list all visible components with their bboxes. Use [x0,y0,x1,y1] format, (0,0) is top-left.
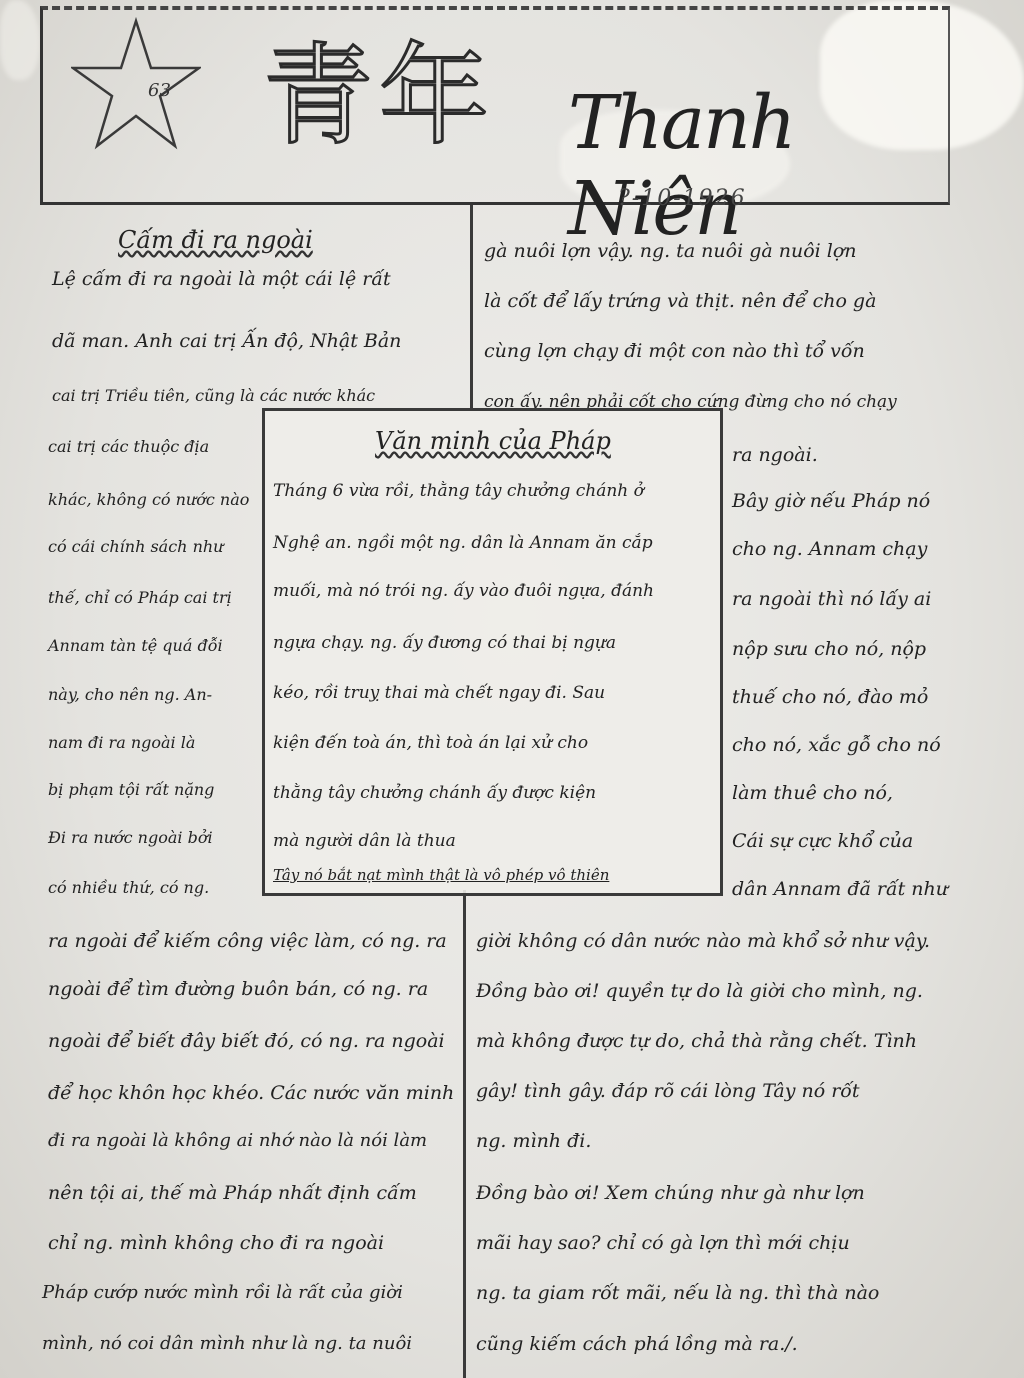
article-line: Nghệ an. ngồi một ng. dân là Annam ăn cắ… [273,533,653,553]
masthead: 63 青年 Thanh Niên ?-10-1926 [40,6,950,205]
article-line: Đồng bào ơi! Xem chúng như gà như lợn [476,1182,865,1204]
article-line: thuế cho nó, đào mỏ [732,686,928,708]
article-line: thế, chỉ có Pháp cai trị [48,588,232,607]
article-line: giời không có dân nước nào mà khổ sở như… [476,930,930,952]
article-line: là cốt để lấy trứng và thịt. nên để cho … [484,290,876,312]
article-line: dân Annam đã rất như [732,878,948,900]
article-line: muối, mà nó trói ng. ấy vào đuôi ngựa, đ… [273,581,654,601]
article-line: Pháp cướp nước mình rồi là rất của giời [42,1282,403,1303]
article-line: thằng tây chưởng chánh ấy được kiện [273,783,596,803]
article-line: gà nuôi lợn vậy. ng. ta nuôi gà nuôi lợn [484,240,857,262]
article-line: ngựa chạy. ng. ấy đương có thai bị ngựa [273,633,616,653]
article-line: Tây nó bắt nạt mình thật là vô phép vô t… [273,866,609,884]
article-line: nên tội ai, thế mà Pháp nhất định cấm [48,1182,417,1204]
article-line: bị phạm tội rất nặng [48,780,214,799]
article-line: gây! tình gây. đáp rõ cái lòng Tây nó rố… [476,1080,860,1102]
article-line: ngoài để biết đây biết đó, có ng. ra ngo… [48,1030,445,1052]
star-icon [71,16,201,156]
article-line: Annam tàn tệ quá đỗi [48,636,223,655]
article-line: ra ngoài thì nó lấy ai [732,588,931,610]
article-line: mà không được tự do, chả thà rằng chết. … [476,1030,917,1052]
article-line: này, cho nên ng. An- [48,685,212,704]
article-line: mãi hay sao? chỉ có gà lợn thì mới chịu [476,1232,850,1254]
issue-number: 63 [148,80,171,101]
article-line: ng. mình đi. [476,1130,591,1152]
column-divider [463,890,466,1378]
article-line: cũng kiếm cách phá lồng mà ra./. [476,1333,798,1355]
paper-damage [0,0,40,80]
article-line: cai trị các thuộc địa [48,437,209,456]
newspaper-page: 63 青年 Thanh Niên ?-10-1926 Cấm đi ra ngo… [0,0,1024,1378]
article-line: cùng lợn chạy đi một con nào thì tổ vốn [484,340,865,362]
column-divider [470,205,473,410]
title-chinese: 青年 [263,36,495,156]
article-line: khác, không có nước nào [48,490,249,509]
issue-date: ?-10-1926 [618,186,747,211]
article-line: Bây giờ nếu Pháp nó [732,490,930,512]
article-line: Cái sự cực khổ của [732,830,913,852]
article-line: nam đi ra ngoài là [48,733,195,752]
article-line: chỉ ng. mình không cho đi ra ngoài [48,1232,384,1254]
article-line: ra ngoài để kiếm công việc làm, có ng. r… [48,930,447,952]
article-line: Lệ cấm đi ra ngoài là một cái lệ rất [52,268,391,290]
article-line: cho ng. Annam chạy [732,538,927,560]
article-line: cho nó, xắc gỗ cho nó [732,734,941,756]
article-line: mà người dân là thua [273,831,456,851]
article-line: làm thuê cho nó, [732,782,893,804]
article-line: để học khôn học khéo. Các nước văn minh [48,1082,454,1104]
article-line: ngoài để tìm đường buôn bán, có ng. ra [48,978,428,1000]
article-line: nộp sưu cho nó, nộp [732,638,926,660]
article-line: ra ngoài. [732,444,818,466]
article-line: Đồng bào ơi! quyền tự do là giời cho mìn… [476,980,923,1002]
article-line: kéo, rồi truỵ thai mà chết ngay đi. Sau [273,683,605,703]
article-line: Đi ra nước ngoài bởi [48,828,213,847]
article-line: mình, nó coi dân mình như là ng. ta nuôi [42,1333,412,1354]
article-line: kiện đến toà án, thì toà án lại xử cho [273,733,588,753]
article-line: dã man. Anh cai trị Ấn độ, Nhật Bản [52,330,401,352]
article-line: có cái chính sách như [48,537,223,556]
article-line: cai trị Triều tiên, cũng là các nước khá… [52,386,375,405]
article-box: Văn minh của Pháp Tháng 6 vừa rồi, thằng… [262,408,723,896]
article-line: ng. ta giam rốt mãi, nếu là ng. thì thà … [476,1282,879,1304]
article-line: Tháng 6 vừa rồi, thằng tây chưởng chánh … [273,481,644,501]
article-box-title: Văn minh của Pháp [375,427,611,455]
article-left-title: Cấm đi ra ngoài [118,226,313,254]
title-latin: Thanh Niên [568,80,948,252]
article-line: đi ra ngoài là không ai nhớ nào là nói l… [48,1130,427,1151]
article-line: có nhiều thứ, có ng. [48,878,209,897]
